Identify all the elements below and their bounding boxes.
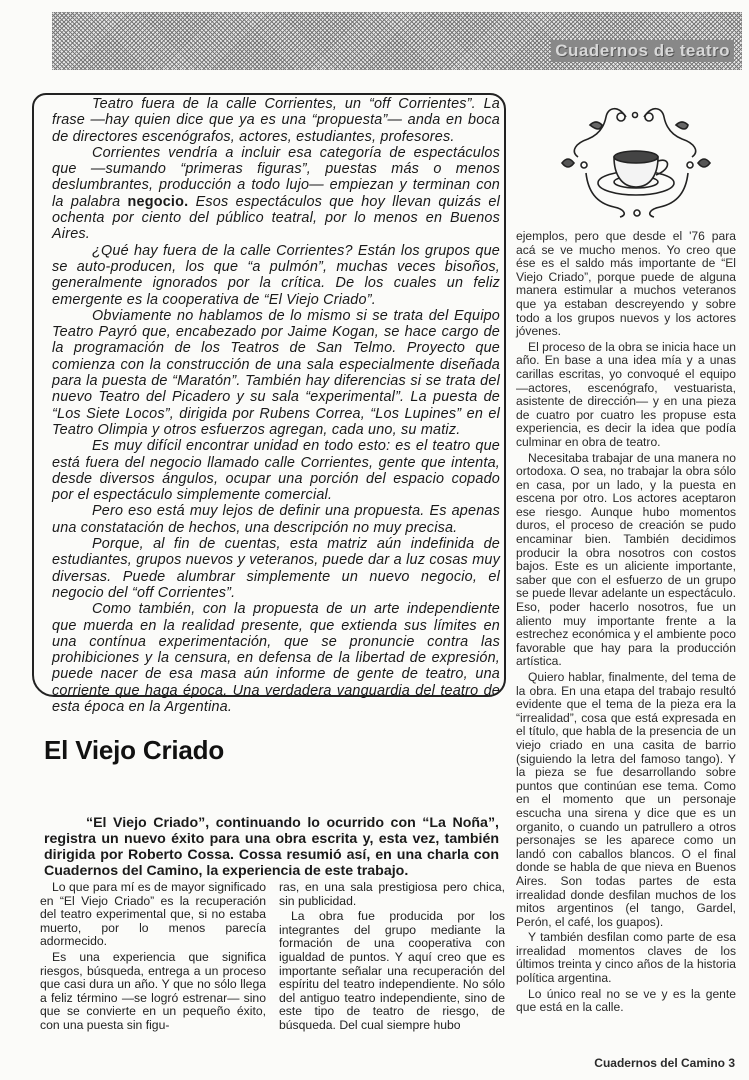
article-paragraph: Lo que para mí es de mayor significado e… [40, 881, 266, 949]
article-paragraph: Lo único real no se ve y es la gente que… [516, 988, 736, 1015]
bold-word: negocio. [128, 194, 189, 210]
article-column-a: Lo que para mí es de mayor significado e… [40, 881, 266, 1035]
intro-paragraph: Porque, al fin de cuentas, esta matriz a… [52, 536, 500, 601]
article-column-c: ejemplos, pero que desde el '76 para acá… [516, 230, 736, 1017]
intro-paragraph: ¿Qué hay fuera de la calle Corrientes? E… [52, 243, 500, 308]
article-paragraph: Y también desfilan como parte de esa irr… [516, 931, 736, 985]
article-paragraph: Es una experiencia que significa riesgos… [40, 951, 266, 1033]
intro-paragraph: Pero eso está muy lejos de definir una p… [52, 503, 500, 536]
section-title: Cuadernos de teatro [551, 40, 734, 62]
article-paragraph: La obra fue producida por los integrante… [279, 910, 505, 1032]
article-paragraph: Necesitaba trabajar de una manera no ort… [516, 452, 736, 670]
intro-paragraph: Teatro fuera de la calle Corrientes, un … [52, 96, 500, 145]
intro-box-text: Teatro fuera de la calle Corrientes, un … [52, 96, 500, 715]
ornamental-coffee-cup-icon [548, 95, 718, 220]
article-paragraph: ejemplos, pero que desde el '76 para acá… [516, 230, 736, 339]
article-lead: “El Viejo Criado”, continuando lo ocurri… [44, 815, 499, 879]
intro-paragraph: Como también, con la propuesta de un art… [52, 601, 500, 715]
article-paragraph: ras, en una sala prestigiosa pero chica,… [279, 881, 505, 908]
header-banner: Cuadernos de teatro [52, 12, 742, 70]
page-footer: Cuadernos del Camino 3 [594, 1056, 735, 1070]
article-column-b: ras, en una sala prestigiosa pero chica,… [279, 881, 505, 1035]
intro-paragraph: Corrientes vendría a incluir esa categor… [52, 145, 500, 243]
article-headline: El Viejo Criado [44, 735, 224, 766]
intro-paragraph: Es muy difícil encontrar unidad en todo … [52, 438, 500, 503]
article-paragraph: El proceso de la obra se inicia hace un … [516, 341, 736, 450]
article-paragraph: Quiero hablar, finalmente, del tema de l… [516, 671, 736, 929]
intro-paragraph: Obviamente no hablamos de lo mismo si se… [52, 308, 500, 438]
